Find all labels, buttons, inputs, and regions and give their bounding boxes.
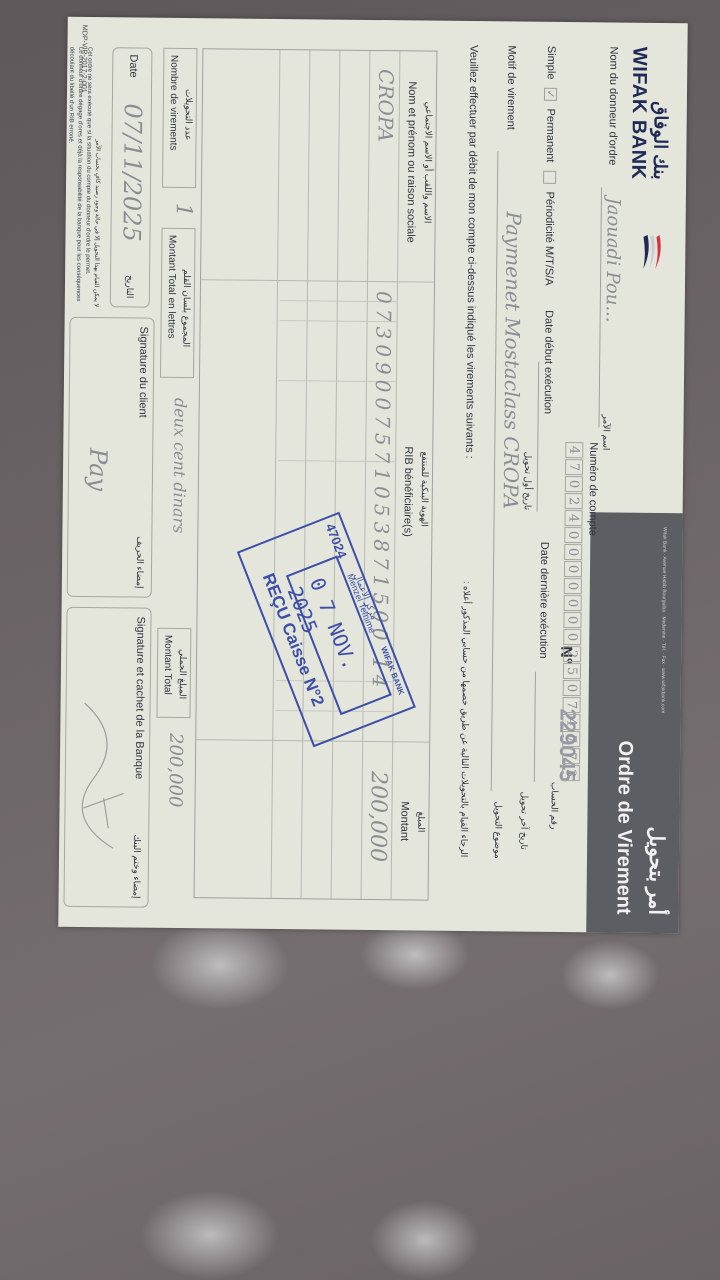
donneur-label-ar: اسم الآمر xyxy=(600,414,611,450)
account-digit: 0 xyxy=(563,680,581,696)
account-digit: 2 xyxy=(565,493,583,509)
total-label: Montant Total xyxy=(162,635,174,695)
date-derniere-label: Date dernière exécution xyxy=(537,542,550,659)
account-digit: 5 xyxy=(563,663,581,679)
bank-logo: بنك الوفاق WIFAK BANK xyxy=(626,47,671,180)
form-header: Wifak Bank · Avenue Habib Bourguiba · Me… xyxy=(586,512,682,933)
col-rib-label-ar: الهوية البنكية للمنتفع xyxy=(418,451,430,526)
bank-name: WIFAK BANK xyxy=(626,47,650,180)
bank-logo-icon xyxy=(639,233,665,271)
account-digit: 0 xyxy=(564,595,582,611)
date-label: Date xyxy=(127,54,139,77)
date-value: 07/11/2025 xyxy=(117,103,146,242)
account-digit: 0 xyxy=(564,561,582,577)
col-amount-label: Montant xyxy=(398,801,410,841)
total-value: 200,000 xyxy=(165,733,187,808)
light-reflection xyxy=(150,920,290,1010)
account-digit: 0 xyxy=(564,527,582,543)
frequency-row: Simple ✓ Permanent Périodicité M/T/S/A D… xyxy=(541,46,558,414)
nombre-virements-box: عدد التحويلات Nombre de virements xyxy=(162,48,197,188)
nombre-label-ar: عدد التحويلات xyxy=(182,89,194,140)
simple-label: Simple xyxy=(545,46,557,80)
account-digit: 0 xyxy=(563,629,581,645)
account-digit: 7 xyxy=(562,731,580,747)
client-signature-label: Signature du client xyxy=(137,327,150,418)
client-signature: Pay xyxy=(84,448,112,491)
donneur-value: Jaouadi Pou... xyxy=(602,197,624,322)
date-debut-label: Date début exécution xyxy=(541,310,554,414)
motif-label-ar: موضوع التحويل xyxy=(492,801,504,858)
date-label-ar: التاريخ xyxy=(124,275,135,298)
simple-checkbox[interactable]: ✓ xyxy=(544,87,557,100)
permanent-checkbox[interactable] xyxy=(543,170,556,183)
nombre-value: 1 xyxy=(171,203,196,217)
form-code: MDP-VIR-2017-2-001 xyxy=(80,25,88,93)
bank-name-arabic: بنك الوفاق xyxy=(649,47,671,180)
bank-signature-scribble xyxy=(73,698,135,879)
col-name-label-ar: الاسم واللقب أو الاسم الاجتماعي xyxy=(422,102,434,224)
periodicite-label: Périodicité M/T/S/A xyxy=(543,191,556,285)
lettres-label: Montant Total en lettres xyxy=(165,235,177,339)
account-digit: 4 xyxy=(565,442,583,458)
account-digit: 7 xyxy=(563,697,581,713)
bank-signature-label-ar: إمضاء وختم البنك xyxy=(131,835,143,899)
light-reflection xyxy=(140,1190,280,1280)
compte-label-ar: رقم الحساب xyxy=(548,782,559,830)
form-title: Ordre de Virement xyxy=(611,740,636,914)
bank-address: Wifak Bank · Avenue Habib Bourguiba · Me… xyxy=(658,527,668,757)
nombre-label: Nombre de virements xyxy=(167,55,179,151)
account-digit: 2 xyxy=(563,646,581,662)
bank-signature-label: Signature et cachet de la Banque xyxy=(133,617,147,780)
col-amount-label-ar: المبلغ xyxy=(415,811,426,832)
lettres-value: deux cent dinars xyxy=(169,398,189,534)
date-derniere-label-ar: تاريخ آخر تحويل xyxy=(518,792,530,850)
total-label-ar: المبلغ الجملي xyxy=(177,649,189,699)
transfer-order-form: بنك الوفاق WIFAK BANK Wifak Bank · Avenu… xyxy=(58,17,687,933)
account-digit: 0 xyxy=(563,612,581,628)
account-digit: 0 xyxy=(564,544,582,560)
account-digit: 7 xyxy=(565,459,583,475)
client-signature-label-ar: إمضاء الحريف xyxy=(134,536,146,589)
account-digit: 7 xyxy=(562,748,580,764)
donneur-label: Nom du donneur d'ordre xyxy=(606,46,619,165)
beneficiary-amount: 200,000 xyxy=(365,771,391,862)
light-reflection xyxy=(560,940,660,1010)
light-reflection xyxy=(370,1200,480,1280)
lettres-box: المجموع بلسان القلم Montant Total en let… xyxy=(160,228,196,378)
motif-label: Motif de virement xyxy=(505,45,518,129)
form-title-arabic: أمر بتحويل xyxy=(643,826,669,915)
date-box: Date 07/11/2025 التاريخ xyxy=(110,47,153,307)
account-digit: 3 xyxy=(562,765,580,781)
instruction-text: Veuillez effectuer par débit de mon comp… xyxy=(463,45,479,459)
instruction-text-ar: الرجاء القيام بالتحويلات التالية عن طريق… xyxy=(458,581,472,857)
beneficiary-name: CROPA xyxy=(373,69,398,142)
motif-value: Paymenet Mostaclass CROPA xyxy=(499,211,526,509)
transfers-table: الاسم واللقب أو الاسم الاجتماعي Nom et p… xyxy=(194,48,438,900)
col-rib-label: RIB bénéficiaire(s) xyxy=(401,446,414,537)
lettres-label-ar: المجموع بلسان القلم xyxy=(180,269,192,347)
compte-label: Numéro de compte xyxy=(586,442,599,536)
account-digit: 0 xyxy=(565,476,583,492)
account-digit: 4 xyxy=(564,510,582,526)
date-debut-label-ar: تاريخ أول تحويل xyxy=(522,452,534,511)
client-signature-box: Signature du client Pay إمضاء الحريف xyxy=(67,317,155,598)
account-digit: 4 xyxy=(562,714,580,730)
permanent-label: Permanent xyxy=(544,109,557,163)
account-digit: 0 xyxy=(564,578,582,594)
bank-signature-box: Signature et cachet de la Banque إمضاء و… xyxy=(63,607,151,908)
total-box: المبلغ الجملي Montant Total xyxy=(156,628,191,718)
col-name-label: Nom et prénom ou raison sociale xyxy=(404,81,418,243)
